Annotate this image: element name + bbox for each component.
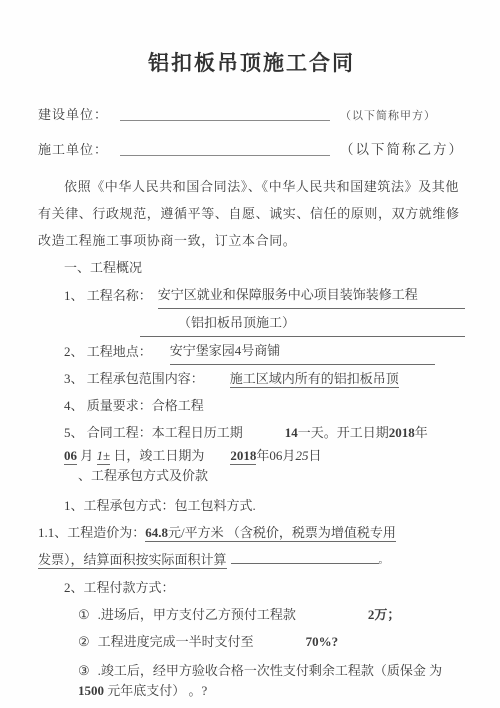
payment-3-text-2: 元年底支付） 。? — [104, 683, 207, 698]
owner-suffix: （以下简称甲方） — [340, 107, 436, 123]
section-terms-heading: 、工程承包方式及价款 — [38, 466, 465, 486]
schedule-left-2: 06 月 1± 日，竣工日期为 — [38, 446, 204, 466]
price-label: 1.1、工程造价为： — [38, 525, 145, 540]
schedule-row-2: 06 月 1± 日，竣工日期为 2018年06月25日 — [38, 446, 465, 466]
quality-requirement-row: 4、 质量要求：合格工程 — [38, 392, 465, 419]
schedule-month-char: 月 — [77, 448, 97, 463]
payment-2-amount: 70%? — [306, 634, 339, 649]
schedule-mid-text: 一天。开工日期 — [298, 425, 389, 440]
price-row-2: 发票），结算面积按实际面积计算。 — [38, 546, 465, 574]
schedule-left-1: 5、 合同工程：本工程日历工期 — [38, 419, 243, 446]
schedule-month: 06 — [64, 448, 77, 465]
schedule-days: 14 — [285, 425, 298, 440]
contractor-blank-line — [120, 141, 330, 156]
payment-3-text: .竣工后，经甲方验收合格一次性支付剩余工程款（质保金 为 — [98, 663, 443, 678]
contract-mode-row: 1、工程承包方式：包工包料方式. — [38, 492, 465, 519]
project-scope-value: 施工区域内所有的铝扣板吊顶 — [230, 371, 399, 388]
payment-3-amount: 1500 — [78, 683, 104, 698]
schedule-completion-text: 日，竣工日期为 — [110, 448, 204, 463]
contract-title: 铝扣板吊顶施工合同 — [38, 48, 465, 78]
project-location-row: 2、 工程地点： 安宁堡家园4号商铺 — [38, 337, 465, 365]
project-scope-label: 3、 工程承包范围内容： — [38, 371, 204, 386]
schedule-end-day-char: 日 — [308, 448, 321, 463]
contractor-suffix: （以下简称乙方） — [340, 138, 464, 158]
circled-3-marker: ③ — [78, 663, 98, 678]
payment-1-amount: 2万； — [368, 607, 401, 622]
price-unit-text: 元/平方米 （含税价，税票为增值税专用 — [168, 525, 396, 540]
price-amount: 64.8 — [145, 525, 168, 540]
payment-1-text: .进场后，甲方支付乙方预付工程款 — [98, 607, 296, 622]
price-line2-text: 发票），结算面积按实际面积计算 — [38, 552, 227, 569]
payment-item-3: ③.竣工后，经甲方验收合格一次性支付剩余工程款（质保金 为 1500 元年底支付… — [38, 661, 465, 701]
schedule-end-month: 年06月 — [256, 448, 295, 463]
price-blank-line — [231, 551, 379, 564]
circled-2-marker: ② — [78, 634, 98, 649]
payment-item-2: ②工程进度完成一半时支付至70%? — [38, 628, 465, 655]
owner-blank-line — [120, 106, 330, 121]
payment-2-text: 工程进度完成一半时支付至 — [98, 634, 254, 649]
price-value-underlined: 64.8元/平方米 （含税价，税票为增值税专用 — [145, 525, 396, 542]
circled-1-marker: ① — [78, 607, 98, 622]
project-location-value: 安宁堡家园4号商铺 — [170, 337, 435, 365]
schedule-year-char: 年 — [415, 425, 428, 440]
project-name-subvalue: （铝扣板吊顶施工） — [140, 309, 465, 337]
schedule-row-1: 5、 合同工程：本工程日历工期 14一天。开工日期2018年 — [38, 419, 465, 446]
schedule-end-year: 2018 — [230, 448, 256, 465]
project-name-label: 1、 工程名称： — [38, 282, 152, 309]
schedule-right-2: 2018年06月25日 — [230, 446, 321, 466]
price-line2-period: 。 — [379, 555, 389, 566]
project-location-label: 2、 工程地点： — [38, 338, 152, 365]
section-overview-heading: 一、工程概况 — [38, 254, 465, 281]
contractor-row: 施工单位： （以下简称乙方） — [38, 138, 465, 158]
owner-row: 建设单位： （以下简称甲方） — [38, 104, 465, 123]
owner-label: 建设单位： — [38, 104, 108, 123]
contract-preamble: 依照《中华人民共和国合同法》、《中华人民共和国建筑法》及其他有关律、行政规范，遵… — [38, 173, 465, 254]
project-name-row: 1、 工程名称： 安宁区就业和保障服务中心项目装饰装修工程 — [38, 281, 465, 309]
price-row-1: 1.1、工程造价为：64.8元/平方米 （含税价，税票为增值税专用 — [38, 519, 465, 546]
contractor-label: 施工单位： — [38, 139, 108, 158]
schedule-day-handwritten: 1± — [97, 448, 111, 465]
schedule-start-year: 2018 — [389, 425, 415, 440]
project-name-value: 安宁区就业和保障服务中心项目装饰装修工程 — [158, 281, 465, 309]
contract-document-page: 铝扣板吊顶施工合同 建设单位： （以下简称甲方） 施工单位： （以下简称乙方） … — [0, 0, 500, 708]
payment-method-heading: 2、工程付款方式： — [38, 574, 465, 601]
schedule-end-day-handwritten: 25 — [295, 448, 308, 463]
payment-item-1: ①.进场后，甲方支付乙方预付工程款2万； — [38, 601, 465, 628]
project-scope-row: 3、 工程承包范围内容：施工区域内所有的铝扣板吊顶 — [38, 365, 465, 392]
schedule-right-1: 14一天。开工日期2018年 — [285, 419, 428, 446]
